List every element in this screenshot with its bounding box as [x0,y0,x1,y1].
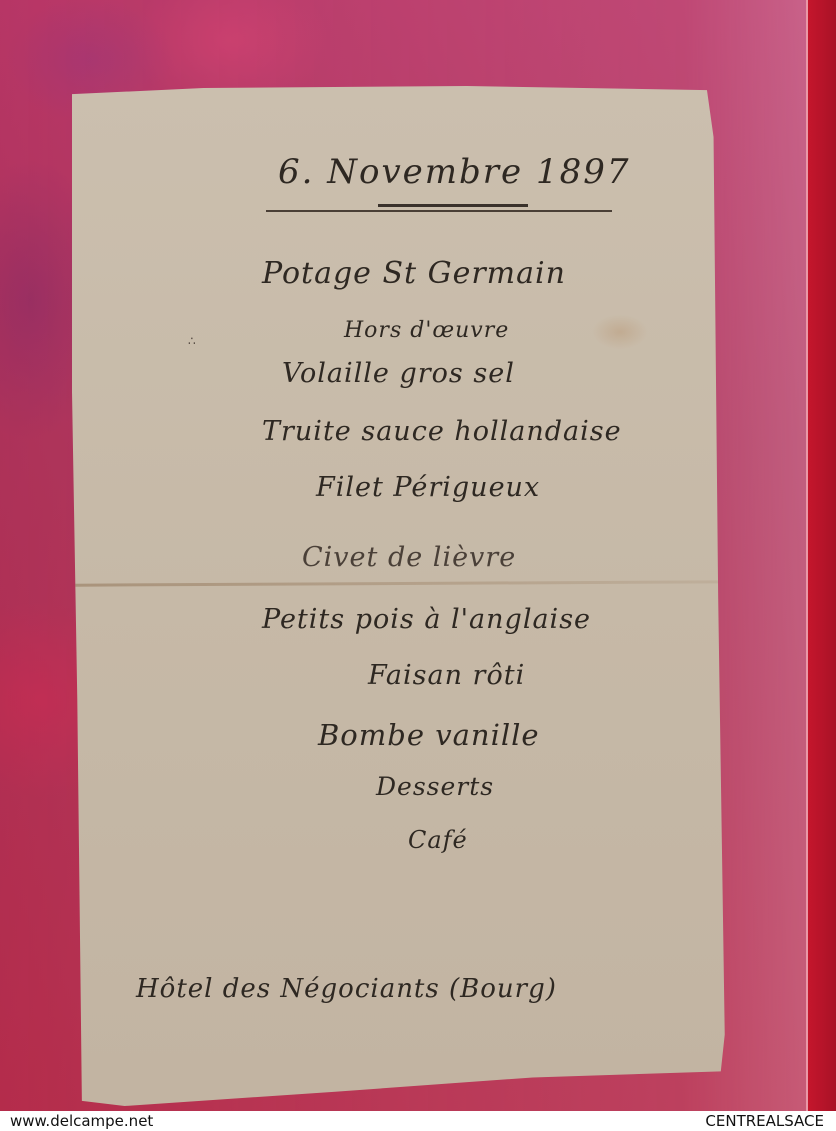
menu-item-bombe: Bombe vanille [318,718,540,752]
watermark-seller: CENTREALSACE [705,1112,824,1130]
menu-item-petits-pois: Petits pois à l'anglaise [262,604,591,635]
menu-item-truite: Truite sauce hollandaise [262,416,622,447]
photo: 6. Novembre 1897 ∴ Potage St Germain Hor… [0,0,836,1111]
date-underline [266,210,612,212]
date-underline-bold [378,204,528,207]
menu-item-volaille: Volaille gros sel [282,358,515,389]
fold-crease [72,580,730,586]
margin-mark: ∴ [188,334,198,348]
menu-item-potage: Potage St Germain [262,256,566,291]
menu-item-faisan: Faisan rôti [368,660,525,691]
menu-date: 6. Novembre 1897 [278,152,631,192]
menu-card: 6. Novembre 1897 ∴ Potage St Germain Hor… [72,86,730,1106]
menu-item-civet: Civet de lièvre [302,542,516,573]
menu-item-hors-doeuvre: Hors d'œuvre [344,318,509,343]
velvet-background [806,0,836,1111]
hotel-signature: Hôtel des Négociants (Bourg) [136,974,557,1004]
menu-item-cafe: Café [408,826,468,854]
menu-item-filet: Filet Périgueux [316,472,540,503]
watermark-delcampe: www.delcampe.net [10,1112,153,1130]
menu-item-desserts: Desserts [376,772,494,801]
